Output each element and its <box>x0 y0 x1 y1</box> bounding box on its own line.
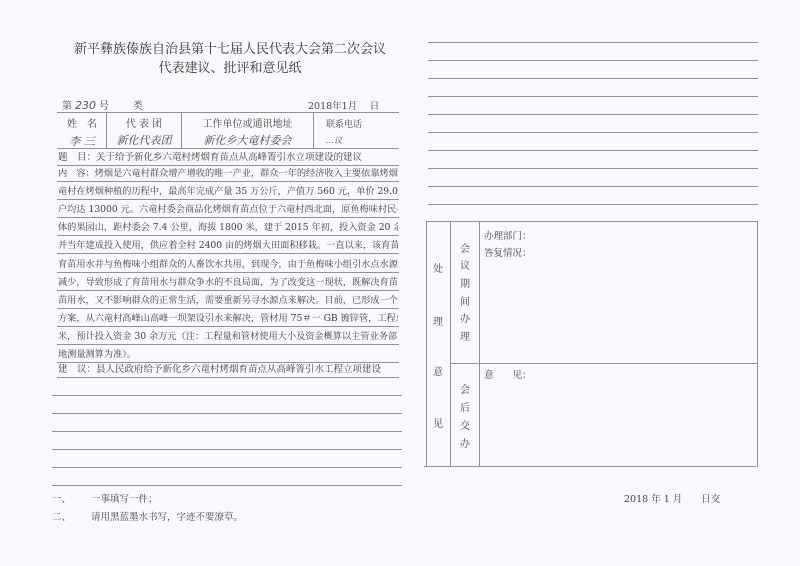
value-address[interactable]: 新化乡大竜村委会 <box>182 132 313 148</box>
vertical-char: 理 <box>431 318 445 328</box>
note-item: 二、请用黑蓝墨水书写，字迹不要潦草。 <box>52 509 243 523</box>
vertical-char: 议 <box>458 262 472 272</box>
document-title: 新平彝族傣族自治县第十七届人民代表大会第二次会议 <box>60 38 400 57</box>
rule-line <box>57 181 399 182</box>
rule-line <box>57 253 399 254</box>
vertical-char: 理 <box>458 333 472 343</box>
rule-line <box>57 326 399 327</box>
suggestion-line: 建 议：县人民政府给予新化乡六竜村烤烟育苗点从高峰箐引水工程立项建设 <box>58 364 398 376</box>
header-name: 姓 名 <box>58 115 106 130</box>
subject-text: 关于给予新化乡六竜村烤烟育苗点从高峰箐引水立项建设的建议 <box>96 152 362 163</box>
content-line: 并当年建成投入使用，供应着全村 2400 亩的烤烟大田面积移栽。一直以来，该育苗… <box>58 240 398 252</box>
rule-line <box>57 344 399 345</box>
vertical-char: 办 <box>458 315 472 325</box>
processing-mid-border <box>450 363 757 364</box>
content-line: 内 容：烤烟是六竜村群众增产增收的唯一产业，群众一年的经济收入主要依靠烤烟，六 <box>58 168 398 180</box>
table-top-border <box>57 112 399 113</box>
blank-rule-line[interactable] <box>52 431 402 432</box>
vertical-char: 后 <box>458 404 472 414</box>
blank-rule-line[interactable] <box>428 204 758 205</box>
vertical-char: 会 <box>458 245 472 255</box>
processing-left-border <box>426 221 427 467</box>
content-line: 育苗用水井与鱼梅味小组群众的人畜饮水共用，到现今，由于鱼梅味小组引水点水源逐年 <box>58 259 398 271</box>
content-line: 户均达 13000 元。六竜村委会商品化烤烟育苗点位于六竜村西北面，原鱼梅味村民… <box>58 204 398 216</box>
content-line: 竜村在烤烟种植的历程中，最高年完成产量 35 万公斤，产值万 560 元，单价 … <box>58 186 398 198</box>
subject-label: 题 目： <box>58 152 96 163</box>
note-number: 一、 <box>52 494 71 505</box>
vertical-char: 处 <box>431 265 445 275</box>
content-line: 米，预计投入资金 30 余万元（注：工程量和管材使用大小及资金概算以主管业务部门… <box>58 331 398 343</box>
category-suffix: 类 <box>133 101 143 112</box>
blank-rule-line[interactable] <box>428 114 758 115</box>
note-item: 一、一事填写一件； <box>52 491 158 505</box>
rule-line <box>57 217 399 218</box>
rule-line <box>57 290 399 291</box>
form-date: 2018年1月 日 <box>308 98 379 112</box>
rule-line <box>57 362 399 363</box>
note-text: 一事填写一件； <box>91 494 158 505</box>
note-text: 请用黑蓝墨水书写，字迹不要潦草。 <box>91 512 243 523</box>
blank-rule-line[interactable] <box>52 449 402 450</box>
submit-date: 2018 年 1 月 日交 <box>624 491 720 505</box>
value-name[interactable]: 李 三 <box>58 133 106 149</box>
reply-status-field[interactable]: 答复情况： <box>484 245 532 259</box>
note-number: 二、 <box>52 512 71 523</box>
blank-rule-line[interactable] <box>52 413 402 414</box>
vertical-char: 意 <box>431 368 445 378</box>
header-delegation: 代 表 团 <box>107 115 181 130</box>
vertical-char: 会 <box>458 386 472 396</box>
vertical-char: 办 <box>458 440 472 450</box>
blank-rule-line[interactable] <box>428 78 758 79</box>
serial-number-value: 230 <box>72 99 99 113</box>
content-line: 方案，从六竜村高峰山高峰一坝架设引水来解决，管材用 75＃一 GB 镀锌管，工程… <box>58 313 398 325</box>
processing-right-border <box>757 221 758 467</box>
header-address: 工作单位或通讯地址 <box>182 115 313 130</box>
rule-line <box>57 199 399 200</box>
blank-rule-line[interactable] <box>52 485 402 486</box>
document-subtitle: 代表建议、批评和意见纸 <box>60 57 400 76</box>
content-line: 减少，导致形成了育苗用水与群众争水的不良局面，为了改变这一现状，既解决育苗点育 <box>58 277 398 289</box>
blank-rule-line[interactable] <box>428 60 758 61</box>
blank-rule-line[interactable] <box>52 467 402 468</box>
serial-number: 第230号类 <box>62 97 143 113</box>
value-delegation[interactable]: 新化代表团 <box>107 132 181 148</box>
vertical-char: 交 <box>458 422 472 432</box>
blank-rule-line[interactable] <box>428 186 758 187</box>
blank-rule-line[interactable] <box>428 150 758 151</box>
serial-prefix: 第 <box>62 101 72 112</box>
rule-line <box>57 377 399 378</box>
processing-top-border <box>426 221 758 222</box>
header-phone: 联系电话 <box>314 117 374 130</box>
processing-divider <box>450 221 451 467</box>
vertical-char: 期 <box>458 280 472 290</box>
handling-dept-field[interactable]: 办理部门： <box>484 228 532 242</box>
rule-line <box>57 272 399 273</box>
processing-bottom-border <box>424 466 756 467</box>
blank-rule-line[interactable] <box>428 168 758 169</box>
blank-rule-line[interactable] <box>428 96 758 97</box>
table-bottom-border <box>57 148 399 149</box>
rule-line <box>57 235 399 236</box>
vertical-char: 间 <box>458 298 472 308</box>
processing-divider <box>479 221 480 467</box>
rule-line <box>57 308 399 309</box>
content-line: 地测量测算为准）。 <box>58 349 398 361</box>
rule-line <box>57 165 399 166</box>
content-line: 体的果园山，距村委会 7.4 公里，海拔 1800 米，建于 2015 年初，投… <box>58 222 398 234</box>
opinion-field[interactable]: 意 见： <box>484 367 532 381</box>
content-line: 苗用水，又不影响群众的正常生活，需要重新另寻水源点来解决。目前，已形成一个初步 <box>58 295 398 307</box>
blank-rule-line[interactable] <box>428 132 758 133</box>
value-phone[interactable]: …议 <box>314 135 354 146</box>
vertical-char: 见 <box>431 420 445 430</box>
blank-rule-line[interactable] <box>52 395 402 396</box>
serial-suffix: 号 <box>99 101 109 112</box>
subject-line: 题 目：关于给予新化乡六竜村烤烟育苗点从高峰箐引水立项建设的建议 <box>58 152 398 164</box>
blank-rule-line[interactable] <box>428 42 758 43</box>
